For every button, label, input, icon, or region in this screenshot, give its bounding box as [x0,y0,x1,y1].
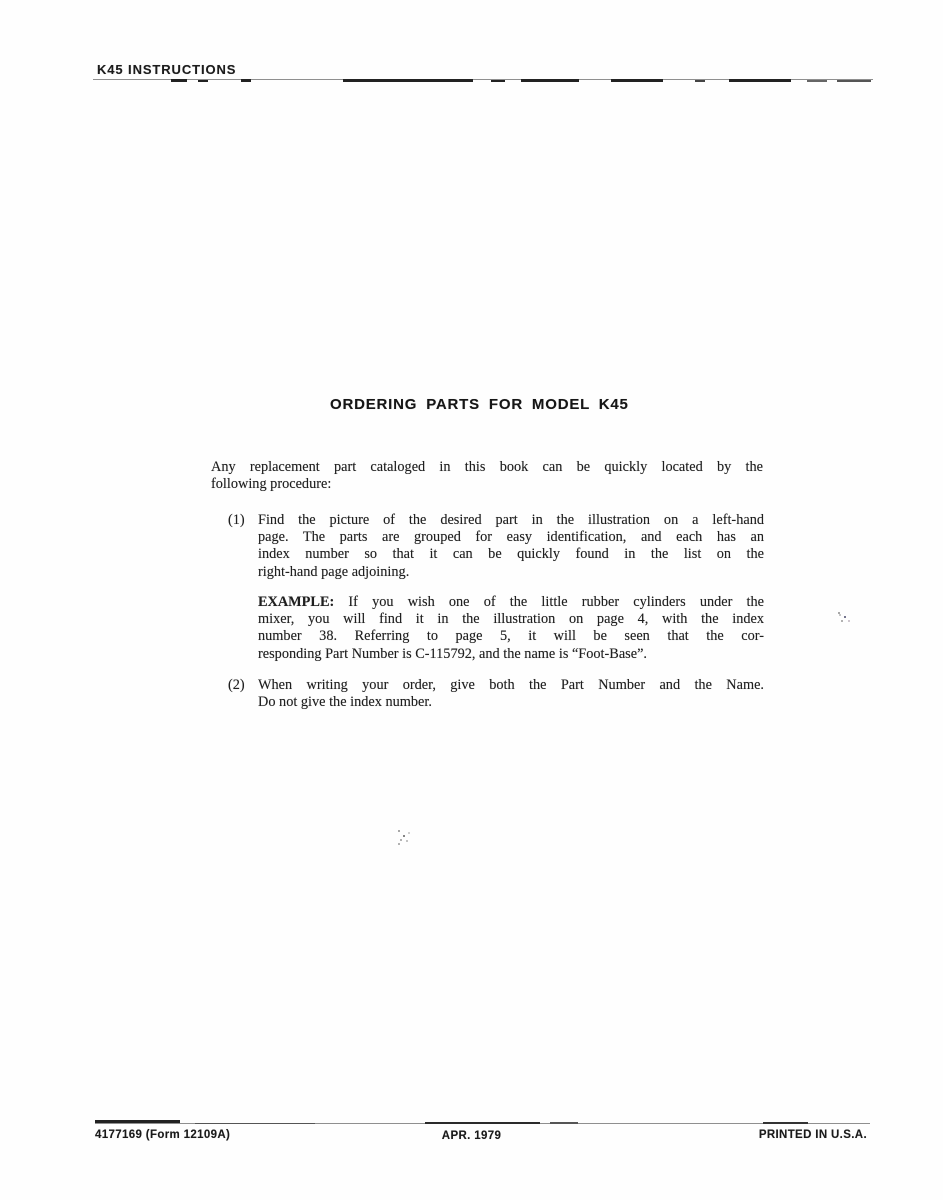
footer-printed-in: PRINTED IN U.S.A. [759,1129,867,1141]
rule-segment [198,80,208,82]
document-page: K45 INSTRUCTIONS ORDERING PARTS FOR MODE… [0,0,943,1200]
ordered-item-2: (2) When writing your order, give both t… [258,677,764,711]
rule-segment [343,79,473,82]
rule-segment [729,79,791,82]
footer-rule [95,1120,870,1125]
rule-segment [807,80,827,82]
text-line: following procedure: [211,476,763,493]
rule-segment [521,79,579,82]
example-first-line-rest: If you wish one of the little rubber cyl… [348,594,764,610]
rule-segment [763,1122,808,1124]
rule-segment [611,79,663,82]
item-number: (2) [228,677,245,694]
rule-segment [195,1123,315,1124]
ordered-item-1: (1) Find the picture of the desired part… [258,512,764,581]
intro-paragraph: Any replacement part cataloged in this b… [211,459,763,493]
rule-segment [425,1122,540,1124]
text-line: mixer, you will find it in the illustrat… [258,611,764,628]
page-header-label: K45 INSTRUCTIONS [97,62,236,77]
rule-segment [837,80,871,82]
text-line: Do not give the index number. [258,694,764,711]
text-line: number 38. Referring to page 5, it will … [258,628,764,645]
text-line: page. The parts are grouped for easy ide… [258,529,764,546]
rule-segment [95,1120,180,1123]
text-line: responding Part Number is C-115792, and … [258,646,764,663]
text-line: Any replacement part cataloged in this b… [211,459,763,476]
text-line: When writing your order, give both the P… [258,677,764,694]
text-line: Find the picture of the desired part in … [258,512,764,529]
scan-speck [398,830,400,832]
header-rule [93,79,873,84]
text-line: right-hand page adjoining. [258,564,764,581]
scan-speck [838,612,840,614]
section-title: ORDERING PARTS FOR MODEL K45 [330,396,629,413]
example-label: EXAMPLE: [258,594,334,610]
rule-segment [171,79,187,82]
example-text: mixer, you will find it in the illustrat… [258,611,764,663]
item-text: Find the picture of the desired part in … [258,512,764,581]
rule-segment [550,1122,578,1124]
text-line: index number so that it can be quickly f… [258,546,764,563]
rule-segment [491,80,505,82]
example-first-line: EXAMPLE: If you wish one of the little r… [258,594,764,611]
item-text: When writing your order, give both the P… [258,677,764,711]
example-paragraph: EXAMPLE: If you wish one of the little r… [258,594,764,663]
rule-segment [241,79,251,82]
item-number: (1) [228,512,245,529]
rule-segment [695,80,705,82]
